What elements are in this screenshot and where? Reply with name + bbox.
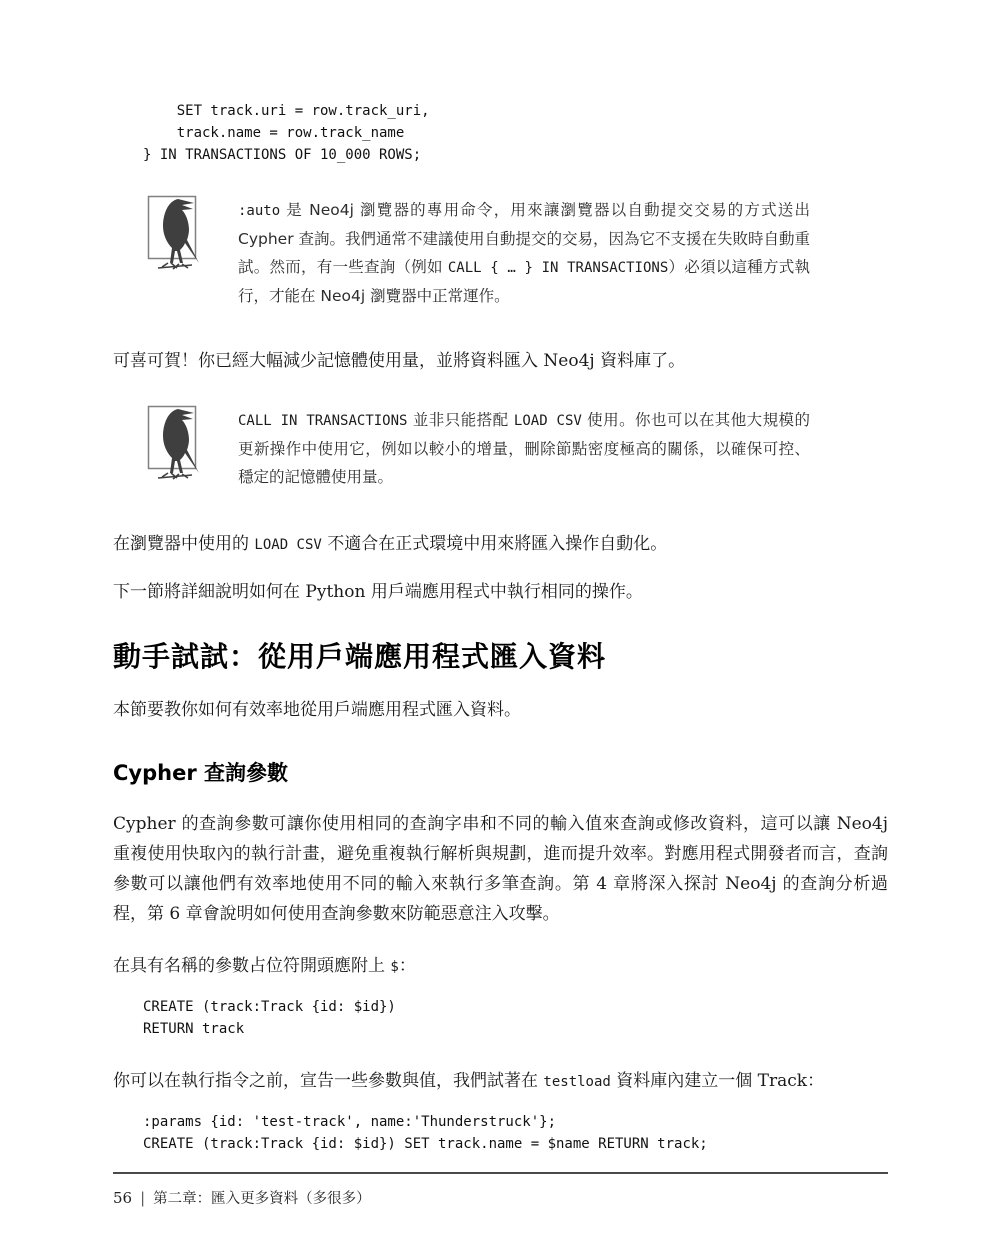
paragraph-declare-params: 你可以在執行指令之前，宣告一些參數與值，我們試著在 testload 資料庫內建… — [113, 1066, 888, 1097]
note-text: :auto 是 Neo4j 瀏覽器的專用命令，用來讓瀏覽器以自動提交交易的方式送… — [238, 196, 810, 310]
subsection-heading: Cypher 查詢參數 — [113, 757, 888, 787]
paragraph-cypher-params: Cypher 的查詢參數可讓你使用相同的查詢字串和不同的輸入值來查詢或修改資料，… — [113, 809, 888, 929]
paragraph-congrats: 可喜可賀！你已經大幅減少記憶體使用量，並將資料匯入 Neo4j 資料庫了。 — [113, 346, 888, 376]
code-block-create-track: CREATE (track:Track {id: $id}) RETURN tr… — [143, 996, 888, 1040]
page-number: 56 — [113, 1189, 132, 1207]
footer-line: 56|第二章：匯入更多資料（多很多） — [113, 1187, 888, 1208]
note-call-in-transactions: CALL IN TRANSACTIONS 並非只能搭配 LOAD CSV 使用。… — [148, 406, 888, 491]
paragraph-load-csv-warning: 在瀏覽器中使用的 LOAD CSV 不適合在正式環境中用來將匯入操作自動化。 — [113, 529, 888, 560]
code-block-transactions: SET track.uri = row.track_uri, track.nam… — [143, 100, 888, 166]
crow-icon — [148, 406, 204, 470]
section-heading: 動手試試：從用戶端應用程式匯入資料 — [113, 635, 888, 675]
note-autocommit: :auto 是 Neo4j 瀏覽器的專用命令，用來讓瀏覽器以自動提交交易的方式送… — [148, 196, 888, 310]
footer-separator: | — [132, 1189, 153, 1207]
crow-icon — [148, 196, 204, 260]
paragraph-next-section: 下一節將詳細說明如何在 Python 用戶端應用程式中執行相同的操作。 — [113, 577, 888, 607]
paragraph-param-placeholder: 在具有名稱的參數占位符開頭應附上 $： — [113, 951, 888, 982]
page-footer: 56|第二章：匯入更多資料（多很多） — [113, 1172, 888, 1208]
footer-rule — [113, 1172, 888, 1174]
note-text: CALL IN TRANSACTIONS 並非只能搭配 LOAD CSV 使用。… — [238, 406, 810, 491]
paragraph-section-intro: 本節要教你如何有效率地從用戶端應用程式匯入資料。 — [113, 695, 888, 725]
chapter-title: 第二章：匯入更多資料（多很多） — [153, 1191, 371, 1207]
code-block-params-example: :params {id: 'test-track', name:'Thunder… — [143, 1111, 888, 1155]
